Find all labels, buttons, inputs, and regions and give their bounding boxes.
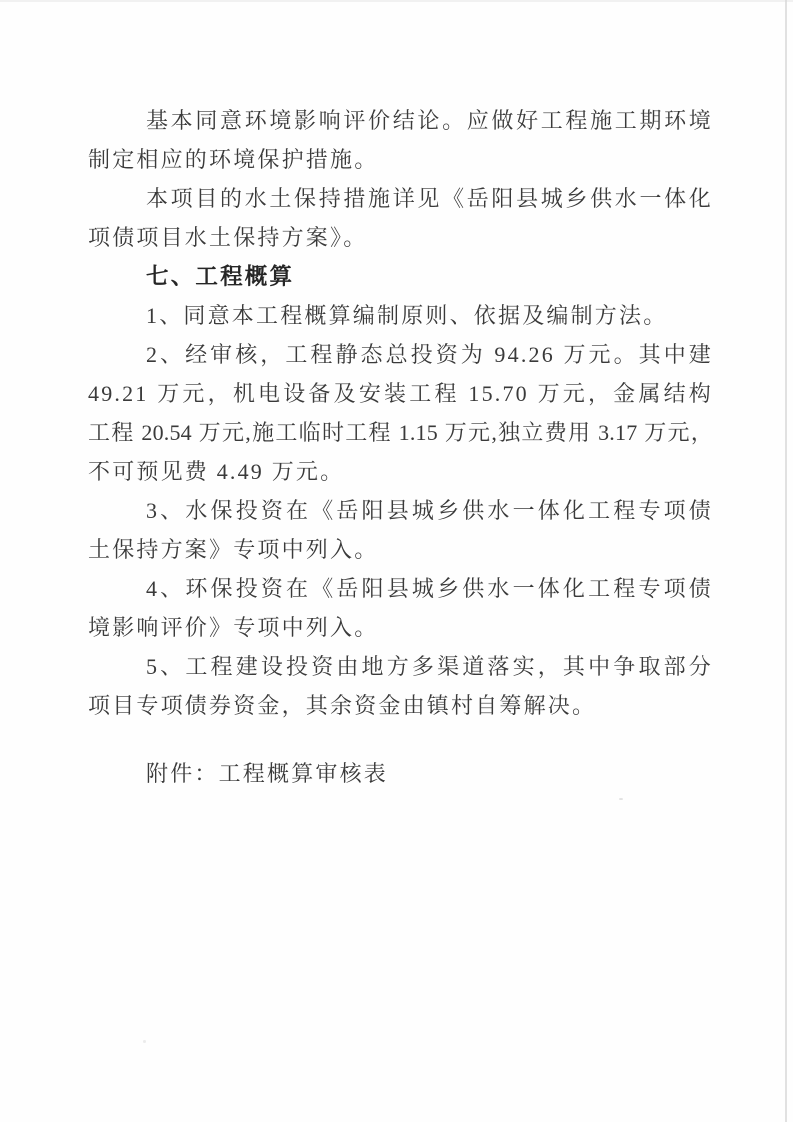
scan-edge-shadow-top <box>0 0 793 2</box>
scanned-document-page: 基本同意环境影响评价结论。应做好工程施工期环境保护并 制定相应的环境保护措施。 … <box>0 0 793 1122</box>
document-body: 基本同意环境影响评价结论。应做好工程施工期环境保护并 制定相应的环境保护措施。 … <box>88 101 713 793</box>
item-5-funding-line-1: 5、工程建设投资由地方多渠道落实，其中争取部分专项债 <box>88 647 713 686</box>
item-5-funding-line-2: 项目专项债券资金，其余资金由镇村自筹解决。 <box>88 686 713 725</box>
section-heading-budget: 七、工程概算 <box>88 257 713 296</box>
item-2-total-investment-line-1: 2、经审核，工程静态总投资为 94.26 万元。其中建筑工程 <box>88 335 713 374</box>
attachment-line: 附件：工程概算审核表 <box>88 754 713 793</box>
item-4-env-investment-line-2: 境影响评价》专项中列入。 <box>88 608 713 647</box>
paragraph-env-approval-line-1: 基本同意环境影响评价结论。应做好工程施工期环境保护并 <box>88 101 713 140</box>
scan-speck <box>143 1040 146 1043</box>
scan-speck <box>619 798 623 800</box>
item-1-budget-principles: 1、同意本工程概算编制原则、依据及编制方法。 <box>88 296 713 335</box>
scan-edge-shadow-right <box>785 0 787 1122</box>
item-2-total-investment-line-2: 49.21 万元，机电设备及安装工程 15.70 万元，金属结构及安装 <box>88 374 713 413</box>
item-3-soil-investment-line-1: 3、水保投资在《岳阳县城乡供水一体化工程专项债项目水 <box>88 491 713 530</box>
paragraph-soil-conservation-line-2: 项债项目水土保持方案》。 <box>88 218 713 257</box>
item-3-soil-investment-line-2: 土保持方案》专项中列入。 <box>88 530 713 569</box>
item-2-total-investment-line-3: 工程 20.54 万元,施工临时工程 1.15 万元,独立费用 3.17 万元， <box>88 413 713 452</box>
paragraph-soil-conservation-line-1: 本项目的水土保持措施详见《岳阳县城乡供水一体化工程专 <box>88 179 713 218</box>
item-2-total-investment-line-4: 不可预见费 4.49 万元。 <box>88 452 713 491</box>
paragraph-env-approval-line-2: 制定相应的环境保护措施。 <box>88 140 713 179</box>
item-4-env-investment-line-1: 4、环保投资在《岳阳县城乡供水一体化工程专项债项目环 <box>88 569 713 608</box>
